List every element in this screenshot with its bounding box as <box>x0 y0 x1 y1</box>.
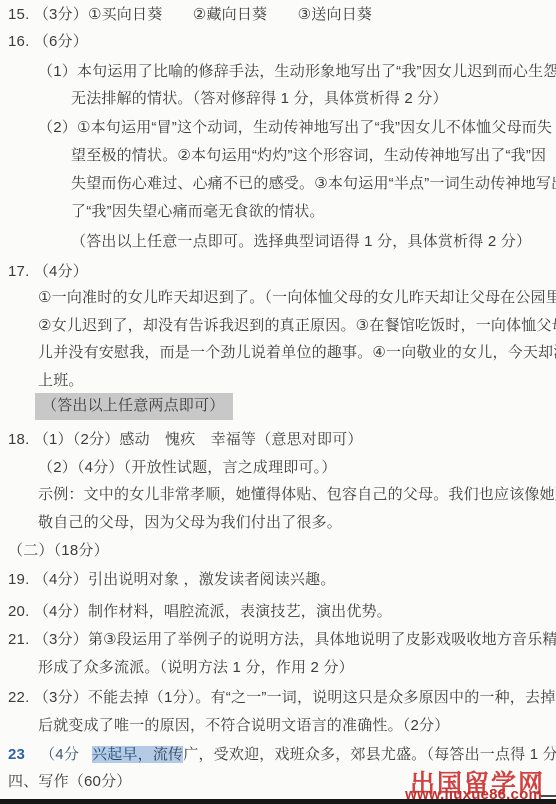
q23-number: 23 <box>8 746 25 763</box>
answer-line-18-1: 18. （1）（2分）感动 愧疚 幸福等（意思对即可） <box>8 430 363 450</box>
answer-line-17-3: 儿并没有安慰我，而是一个劲儿说着单位的趣事。④一向敬业的女儿，今天却没有去 <box>38 343 556 363</box>
answer-line-16-2-cont3: 了“我”因失望心痛而毫无食欲的情状。 <box>71 202 325 222</box>
answer-line-19: 19. （4分）引出说明对象 ，激发读者阅读兴趣。 <box>8 570 336 590</box>
answer-line-16-2: （2）①本句运用“冒”这个动词，生动传神地写出了“我”因女儿不体恤父母而失 <box>38 118 552 138</box>
answer-line-17-4: 上班。 <box>38 371 84 391</box>
answer-line-16: 16. （6分） <box>8 32 88 52</box>
answer-line-20: 20. （4分）制作材料，唱腔流派，表演技艺，演出优势。 <box>8 602 392 622</box>
q23-blue-highlight-2: 流传 <box>153 746 183 763</box>
answer-line-18-2: （2）（4分）（开放性试题，言之成理即可。） <box>38 458 337 478</box>
answer-line-16-2-cont2: 失望而伤心难过、心痛不已的感受。③本句运用“半点”一词生动传神地写出 <box>71 174 556 194</box>
answer-line-22-cont: 后就变成了唯一的原因，不符合说明文语言的准确性。（2分） <box>38 716 449 736</box>
answer-line-17-note: （答出以上任意两点即可） <box>35 393 233 420</box>
answer-line-18-example-cont: 敬自己的父母，因为父母为我们付出了很多。 <box>38 513 342 533</box>
answer-line-23: 23（4分兴起早，流传广，受欢迎，戏班众多，郊县尤盛。（每答出一点得 1 分） <box>8 745 556 765</box>
answer-line-21: 21. （3分）第③段运用了举例子的说明方法，具体地说明了皮影戏吸收地方音乐精华… <box>8 630 556 650</box>
answer-line-18-example: 示例：文中的女儿非常孝顺，她懂得体贴、包容自己的父母。我们也应该像她那样孝 <box>38 485 556 505</box>
answer-key-page: 15. （3分）①买向日葵 ②藏向日葵 ③送向日葵 16. （6分） （1）本句… <box>0 0 556 804</box>
answer-line-16-1: （1）本句运用了比喻的修辞手法，生动形象地写出了“我”因女儿迟到而心生怨气 <box>38 62 556 82</box>
answer-line-15: 15. （3分）①买向日葵 ②藏向日葵 ③送向日葵 <box>8 5 372 25</box>
answer-line-16-1-cont: 无法排解的情状。（答对修辞得 1 分，具体赏析得 2 分） <box>71 89 448 109</box>
answer-line-16-note: （答出以上任意一点即可。选择典型词语得 1 分，具体赏析得 2 分） <box>71 232 531 252</box>
footer-bar <box>0 799 556 804</box>
gray-highlight: （答出以上任意两点即可） <box>35 393 233 420</box>
answer-line-17: 17. （4分） <box>8 262 88 282</box>
section-heading-2: （二）（18分） <box>8 541 109 561</box>
q23-score: （4分 <box>40 746 79 763</box>
answer-line-17-1: ①一向准时的女儿昨天却迟到了。（一向体恤父母的女儿昨天却让父母在公园里挨冻） <box>38 288 556 308</box>
answer-line-22: 22. （3分）不能去掉（1分）。有“之一”一词，说明这只是众多原因中的一种，去… <box>8 688 555 708</box>
section-heading-writing: 四、写作（60分） <box>8 772 132 792</box>
answer-line-16-2-cont1: 望至极的情状。②本句运用“灼灼”这个形容词，生动传神地写出了“我”因 <box>71 146 546 166</box>
q23-rest-text: 广，受欢迎，戏班众多，郊县尤盛。（每答出一点得 1 分） <box>183 746 556 763</box>
answer-line-17-2: ②女儿迟到了，却没有告诉我迟到的真正原因。③在餐馆吃饭时，一向体恤父母的女 <box>38 316 556 336</box>
q23-blue-highlight-1: 兴起早， <box>92 746 153 763</box>
watermark-dash <box>541 795 556 797</box>
answer-line-21-cont: 形成了众多流派。（说明方法 1 分，作用 2 分） <box>38 658 354 678</box>
